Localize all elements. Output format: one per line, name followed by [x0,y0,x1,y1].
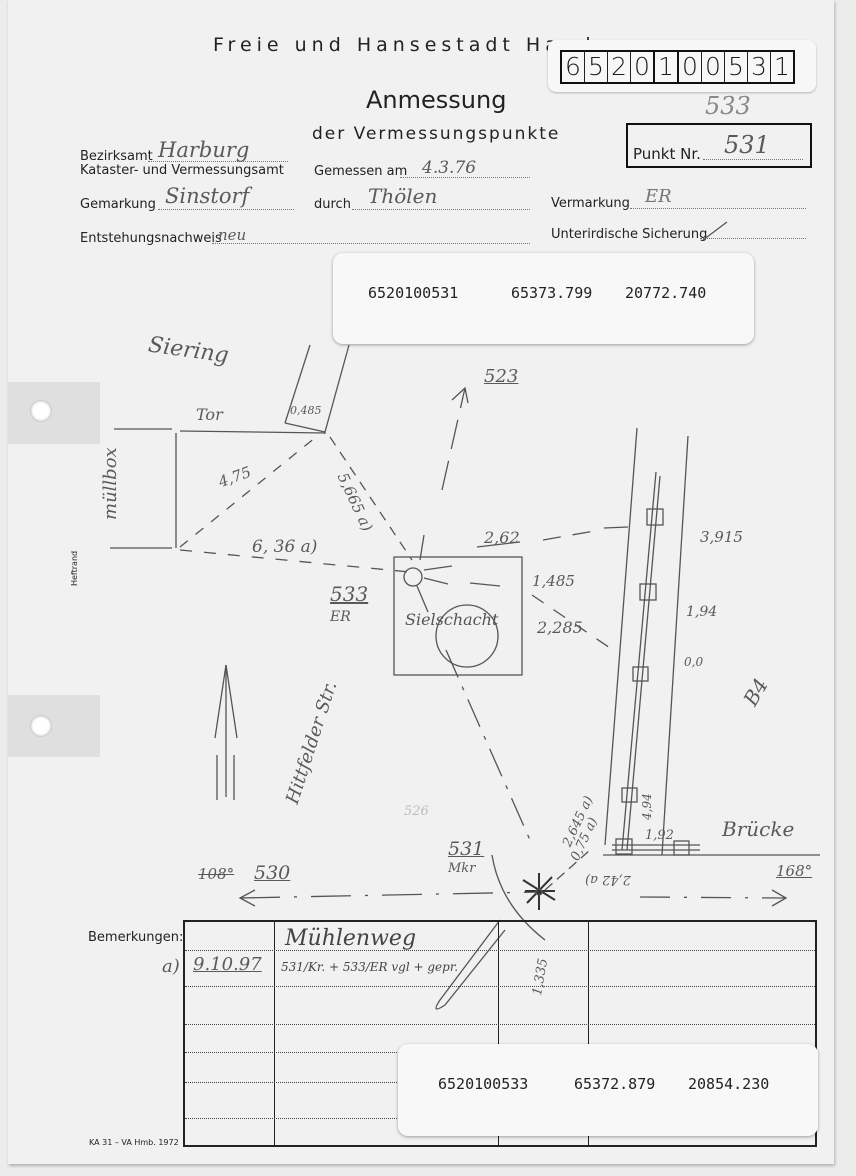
sticker-bottom-x: 65372.879 [574,1075,655,1093]
remark-text: 531/Kr. + 533/ER vgl + gepr. [281,960,458,974]
point-533: 533 [330,582,368,606]
faint-point-526: 526 [404,804,429,819]
remarks-entry-marker: a) [162,956,180,977]
point-523: 523 [484,366,518,387]
dist-262: 2,62 [484,528,520,547]
form-footer-code: KA 31 – VA Hmb. 1972 [89,1138,179,1147]
sticker-bottom-y: 20854.230 [688,1075,769,1093]
point-531: 531 [448,838,484,860]
coordinate-sticker-bottom: 6520100533 65372.879 20854.230 [398,1044,818,1136]
point-533-marker: ER [330,609,351,625]
dist-242: 2,42 a) [585,872,631,887]
angle-right: 168° [776,862,812,880]
dist-192: 1,92 [645,828,674,843]
dist-494: 4,94 [640,793,654,820]
label-tor: Tor [196,405,223,424]
dist-1485: 1,485 [532,572,575,590]
dist-636: 6, 36 a) [252,537,317,557]
dist-0485: 0,485 [290,404,322,417]
remark-date: 9.10.97 [193,954,262,975]
point-531-marker: Mkr [448,861,475,876]
remark-col3-note: 1,335 [530,957,551,996]
dist-194: 1,94 [686,604,717,620]
remarks-label: Bemerkungen: [88,930,183,945]
dist-00: 0,0 [684,655,703,669]
point-530: 530 [254,862,290,884]
dist-2285: 2,285 [537,618,583,637]
label-bruecke: Brücke [722,817,794,841]
label-muellbox: müllbox [100,447,121,520]
remark-heading: Mühlenweg [285,926,416,951]
sticker-bottom-point-id: 6520100533 [438,1075,528,1093]
angle-left-old: 108° [198,865,234,883]
label-sielschacht: Sielschacht [405,610,498,629]
dist-3915: 3,915 [700,528,743,546]
